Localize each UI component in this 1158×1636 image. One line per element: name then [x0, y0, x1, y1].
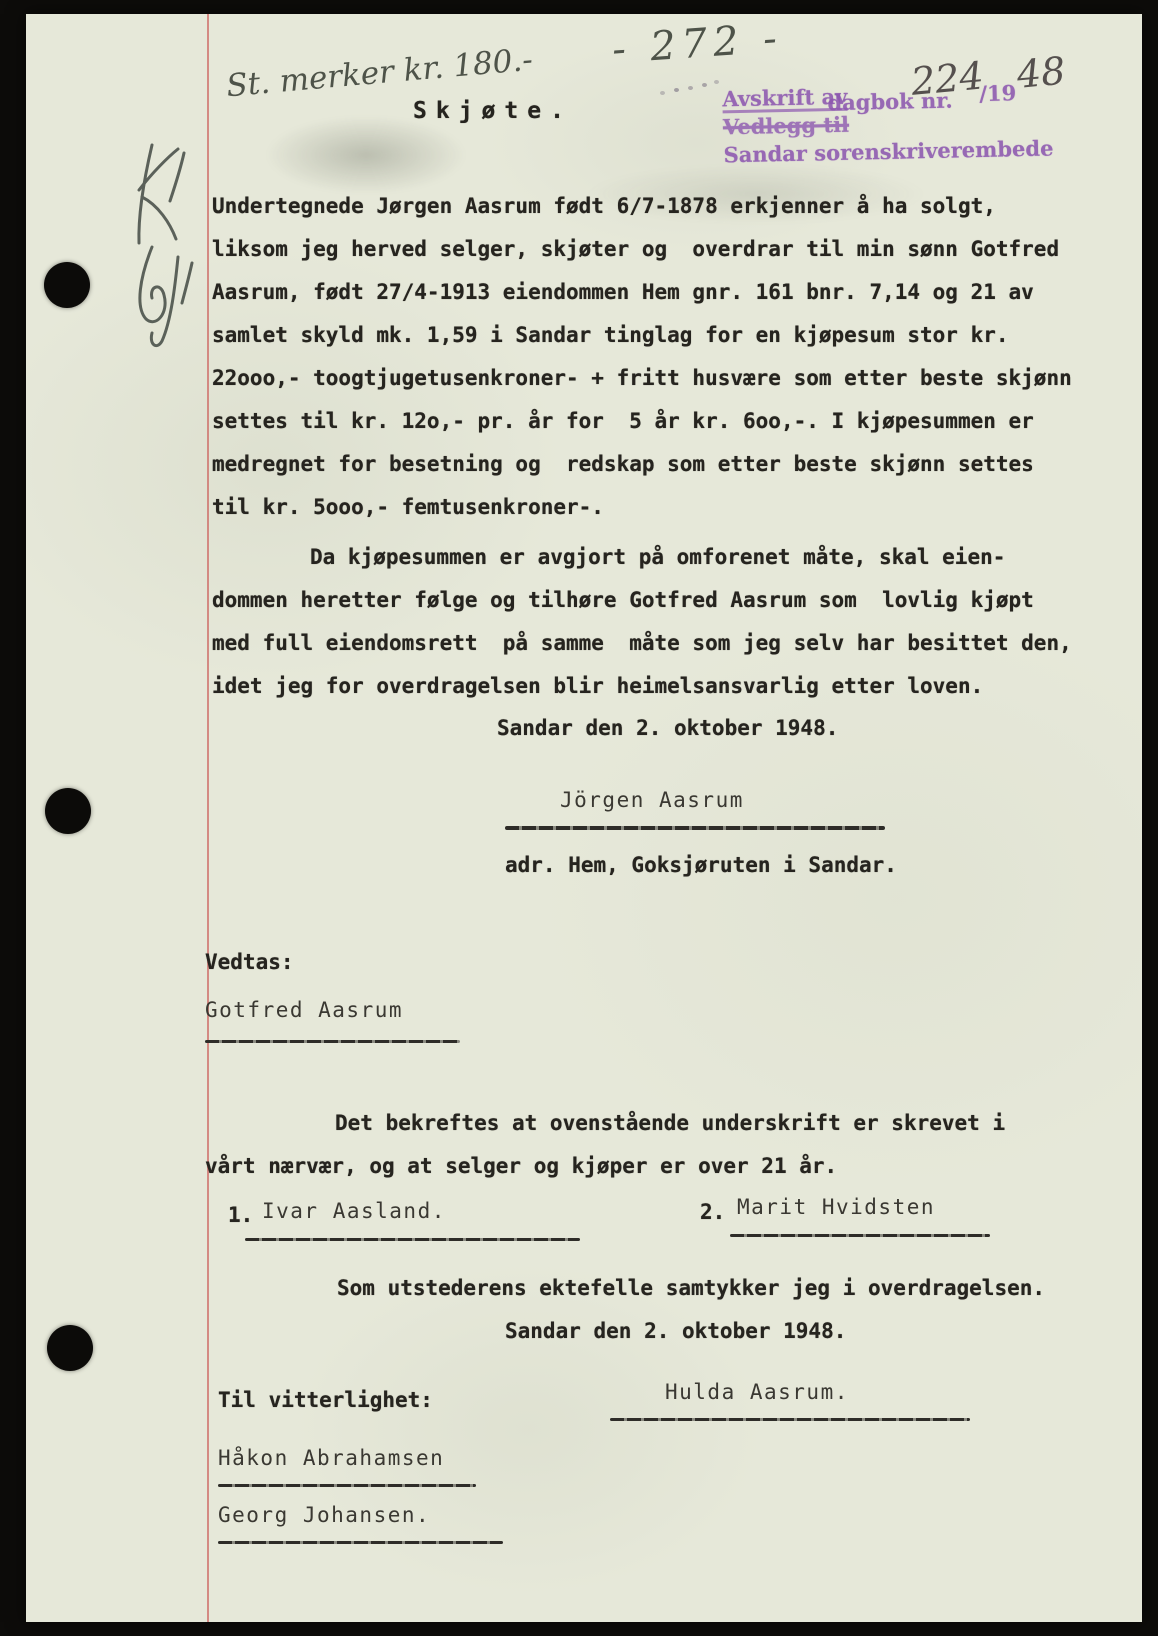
- body-line: 22ooo,- toogtjugetusenkroner- + fritt hu…: [212, 368, 1072, 389]
- document-page: St. merker kr. 180.- - 272 - Skjøte. Avs…: [26, 14, 1142, 1622]
- handwritten-fee-note: St. merker kr. 180.-: [225, 45, 534, 103]
- body-line: idet jeg for overdragelsen blir heimelsa…: [212, 676, 983, 697]
- signature-line: [730, 1234, 990, 1237]
- body-line: dommen heretter følge og tilhøre Gotfred…: [212, 590, 1034, 611]
- stamp-office-name: Sandar sorenskriverembede: [723, 137, 1053, 165]
- registry-stamp: Avskrift av dagbok nr. 224 /19 48 Vedleg…: [715, 58, 1148, 197]
- body-line: medregnet for besetning og redskap som e…: [212, 454, 1034, 475]
- confirmation-line: Det bekreftes at ovenstående underskrift…: [335, 1113, 1005, 1134]
- body-line: Undertegnede Jørgen Aasrum født 6/7-1878…: [212, 196, 996, 217]
- stamp-year-prefix: /19: [979, 82, 1016, 104]
- seller-signature: Jörgen Aasrum: [560, 790, 744, 811]
- stamp-ink-specks: [674, 88, 679, 92]
- signature-line: [505, 826, 885, 830]
- punch-hole: [45, 788, 91, 834]
- body-line: Aasrum, født 27/4-1913 eiendommen Hem gn…: [212, 282, 1034, 303]
- witness1-signature: Ivar Aasland.: [262, 1201, 446, 1222]
- stamp-vedlegg-label: Vedlegg til: [723, 114, 850, 138]
- dateline: Sandar den 2. oktober 1948.: [505, 1321, 846, 1342]
- buyer-signature: Gotfred Aasrum: [205, 1000, 403, 1021]
- spouse-signature: Hulda Aasrum.: [665, 1382, 849, 1403]
- handwritten-journal-number: 224: [909, 56, 985, 100]
- signature-line: [218, 1541, 503, 1544]
- signature-line: [205, 1040, 460, 1043]
- vedtas-label: Vedtas:: [205, 952, 294, 973]
- body-line: liksom jeg herved selger, skjøter og ove…: [212, 239, 1059, 260]
- body-line: settes til kr. 12o,- pr. år for 5 år kr.…: [212, 411, 1034, 432]
- dateline: Sandar den 2. oktober 1948.: [497, 718, 838, 739]
- signature-line: [610, 1418, 970, 1421]
- witness1-number: 1.: [228, 1205, 253, 1226]
- ink-smudge: [266, 116, 466, 194]
- confirmation-line: vårt nærvær, og at selger og kjøper er o…: [205, 1156, 837, 1177]
- attest-witness-b-signature: Georg Johansen.: [218, 1505, 430, 1526]
- body-line: med full eiendomsrett på samme måte som …: [212, 633, 1072, 654]
- punch-hole: [47, 1325, 93, 1371]
- handwritten-page-number: - 272 -: [611, 18, 784, 70]
- document-title: Skjøte.: [413, 100, 573, 123]
- signature-line: [218, 1484, 476, 1487]
- seller-address: adr. Hem, Goksjøruten i Sandar.: [505, 855, 897, 876]
- handwritten-year: 48: [1015, 52, 1067, 94]
- attest-witness-a-signature: Håkon Abrahamsen: [218, 1448, 444, 1469]
- body-line: samlet skyld mk. 1,59 i Sandar tinglag f…: [212, 325, 1009, 346]
- spouse-consent-line: Som utstederens ektefelle samtykker jeg …: [337, 1278, 1045, 1299]
- witness2-signature: Marit Hvidsten: [737, 1197, 935, 1218]
- signature-line: [245, 1238, 580, 1241]
- vitterlighet-label: Til vitterlighet:: [218, 1390, 433, 1411]
- body-line: til kr. 5ooo,- femtusenkroner-.: [212, 497, 604, 518]
- punch-hole: [44, 262, 90, 308]
- body-line: Da kjøpesummen er avgjort på omforenet m…: [310, 547, 1005, 568]
- witness2-number: 2.: [700, 1202, 725, 1223]
